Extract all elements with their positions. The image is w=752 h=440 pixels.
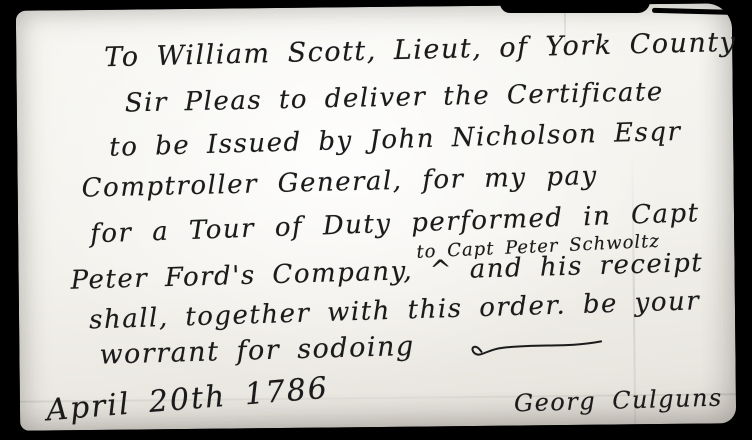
pen-flourish-icon [467, 332, 608, 366]
scan-artifact [500, 0, 650, 13]
body-line: Comptroller General, for my pay [81, 161, 598, 204]
body-line: worrant for sodoing [99, 331, 415, 371]
body-line: to be Issued by John Nicholson Esqr [109, 117, 682, 163]
scanned-document: To William Scott, Lieut, of York County … [0, 0, 752, 440]
body-line: shall, together with this order. be your [89, 286, 701, 335]
signature: Georg Culguns [514, 384, 724, 418]
date-line: April 20th 1786 [45, 371, 330, 429]
body-line: Sir Pleas to deliver the Certificate [124, 77, 664, 118]
paper-sheet: To William Scott, Lieut, of York County … [16, 3, 736, 430]
address-line: To William Scott, Lieut, of York County [104, 27, 737, 73]
